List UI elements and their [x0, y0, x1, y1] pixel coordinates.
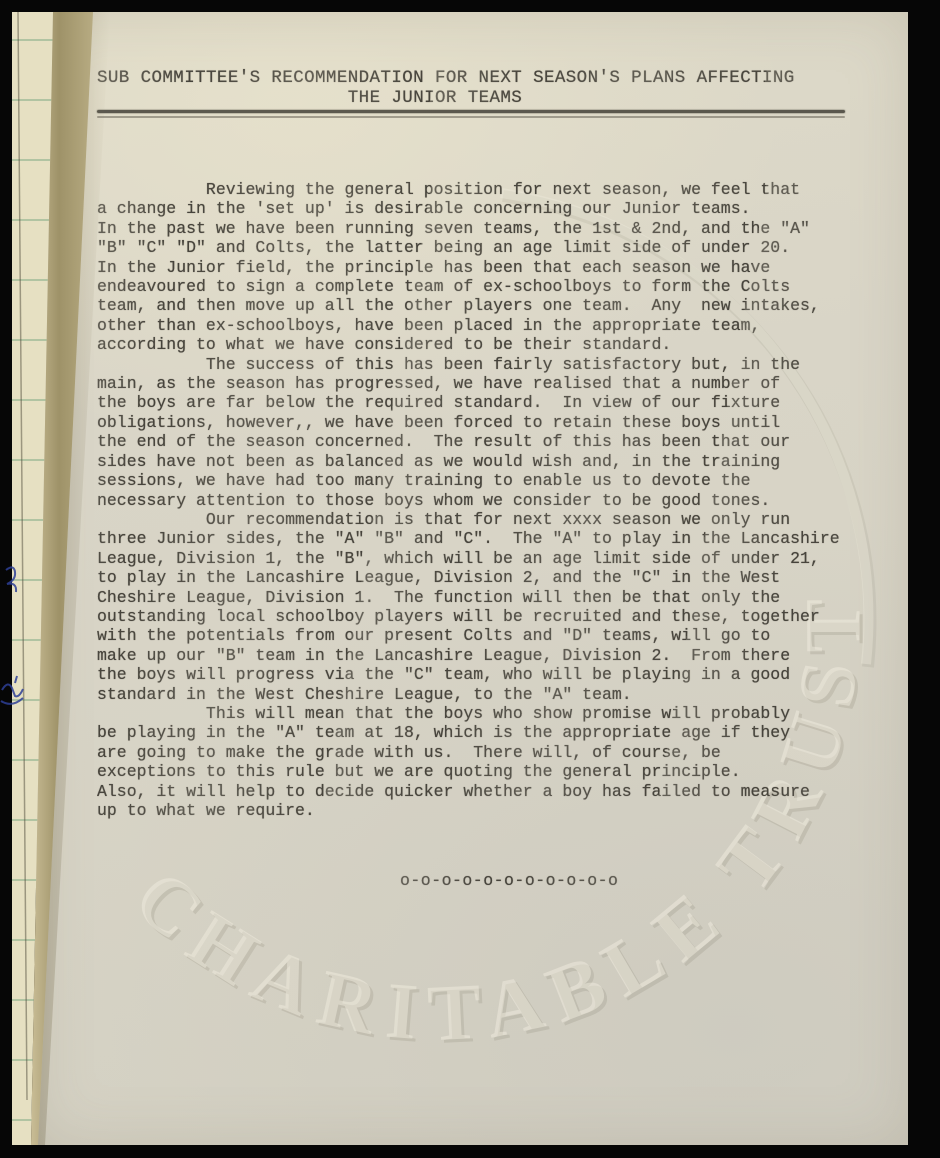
title-underline-thick	[97, 110, 845, 113]
typed-end-divider: o-o-o-o-o-o-o-o-o-o-o	[400, 871, 845, 890]
document-title-line1: SUB COMMITTEE'S RECOMMENDATION FOR NEXT …	[97, 68, 845, 88]
photo-black-border-top	[0, 0, 940, 12]
photo-black-border-right	[908, 0, 940, 1158]
title-underline-thin	[97, 116, 845, 118]
margin-ink-scribble	[1, 676, 23, 704]
photo-black-border-left	[0, 0, 12, 1158]
document-body-text: Reviewing the general position for next …	[97, 180, 845, 820]
document-title-line2: THE JUNIOR TEAMS	[97, 88, 773, 108]
ledger-crease-line	[18, 12, 27, 1100]
margin-ink-mark	[6, 567, 16, 592]
photo-black-border-bottom	[0, 1145, 940, 1158]
title-underline-rule	[97, 110, 845, 118]
typed-content: SUB COMMITTEE'S RECOMMENDATION FOR NEXT …	[97, 68, 845, 890]
scanned-document-photo: CHARITABLE TRUST CHARITABLE TRUST SUB CO…	[0, 0, 940, 1158]
document-page: CHARITABLE TRUST CHARITABLE TRUST SUB CO…	[36, 12, 908, 1145]
